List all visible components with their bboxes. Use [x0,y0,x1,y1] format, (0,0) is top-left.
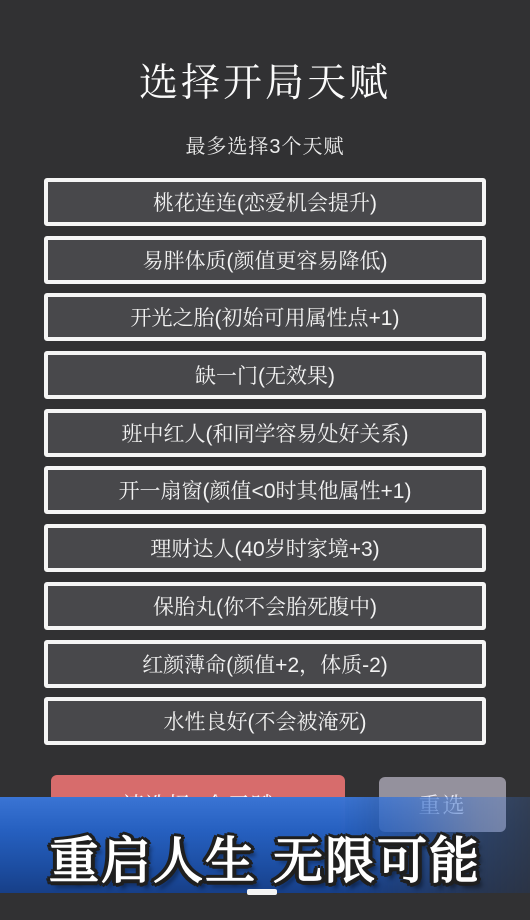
talent-button-1[interactable]: 桃花连连(恋爱机会提升) [44,178,486,226]
page-title: 选择开局天赋 [0,52,530,108]
ad-banner[interactable]: 重启人生 无限可能 [0,797,530,893]
talent-button-5[interactable]: 班中红人(和同学容易处好关系) [44,409,486,457]
page-subtitle: 最多选择3个天赋 [0,130,530,159]
ad-banner-cursor-underscore [247,889,277,895]
talent-list: 桃花连连(恋爱机会提升) 易胖体质(颜值更容易降低) 开光之胎(初始可用属性点+… [44,178,486,745]
talent-select-screen: 选择开局天赋 最多选择3个天赋 桃花连连(恋爱机会提升) 易胖体质(颜值更容易降… [0,0,530,920]
talent-button-10[interactable]: 水性良好(不会被淹死) [44,697,486,745]
talent-button-9[interactable]: 红颜薄命(颜值+2，体质-2) [44,640,486,688]
talent-button-8[interactable]: 保胎丸(你不会胎死腹中) [44,582,486,630]
talent-button-3[interactable]: 开光之胎(初始可用属性点+1) [44,293,486,341]
talent-button-4[interactable]: 缺一门(无效果) [44,351,486,399]
talent-button-7[interactable]: 理财达人(40岁时家境+3) [44,524,486,572]
talent-button-6[interactable]: 开一扇窗(颜值<0时其他属性+1) [44,466,486,514]
talent-button-2[interactable]: 易胖体质(颜值更容易降低) [44,236,486,284]
ad-banner-text: 重启人生 无限可能 [0,821,530,893]
